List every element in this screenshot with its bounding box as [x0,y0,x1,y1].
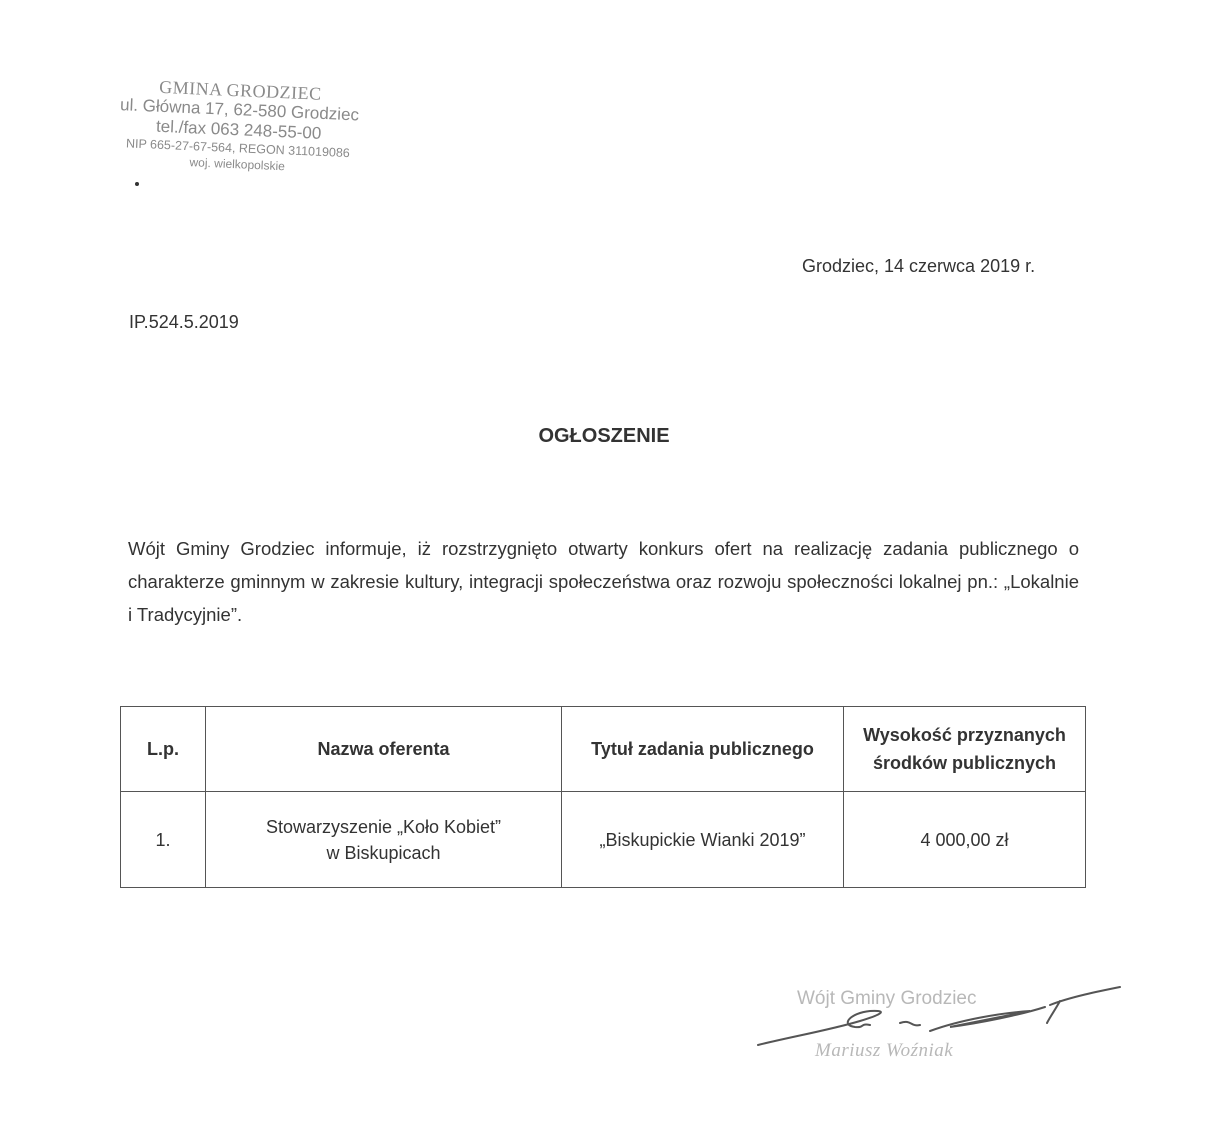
cell-task-title: „Biskupickie Wianki 2019” [562,792,844,888]
announcement-body: Wójt Gminy Grodziec informuje, iż rozstr… [128,532,1079,631]
document-title: OGŁOSZENIE [0,425,1208,448]
signatory-name: Mariusz Woźniak [815,1040,953,1062]
column-header-task-title: Tytuł zadania publicznego [562,707,844,792]
offeror-name: Stowarzyszenie „Koło Kobiet” [214,814,553,840]
office-stamp: GMINA GRODZIEC ul. Główna 17, 62-580 Gro… [92,74,386,179]
table-header-row: L.p. Nazwa oferenta Tytuł zadania public… [121,707,1086,792]
place-and-date: Grodziec, 14 czerwca 2019 r. [802,256,1035,277]
awards-table: L.p. Nazwa oferenta Tytuł zadania public… [120,706,1086,888]
table-row: 1. Stowarzyszenie „Koło Kobiet” w Biskup… [121,792,1086,888]
ink-dot [135,182,139,186]
reference-number: IP.524.5.2019 [129,312,239,333]
column-header-lp: L.p. [121,707,206,792]
offeror-location: w Biskupicach [214,840,553,866]
cell-lp: 1. [121,792,206,888]
cell-amount: 4 000,00 zł [844,792,1086,888]
column-header-amount: Wysokość przyznanych środków publicznych [844,707,1086,792]
column-header-offeror: Nazwa oferenta [206,707,562,792]
cell-offeror: Stowarzyszenie „Koło Kobiet” w Biskupica… [206,792,562,888]
